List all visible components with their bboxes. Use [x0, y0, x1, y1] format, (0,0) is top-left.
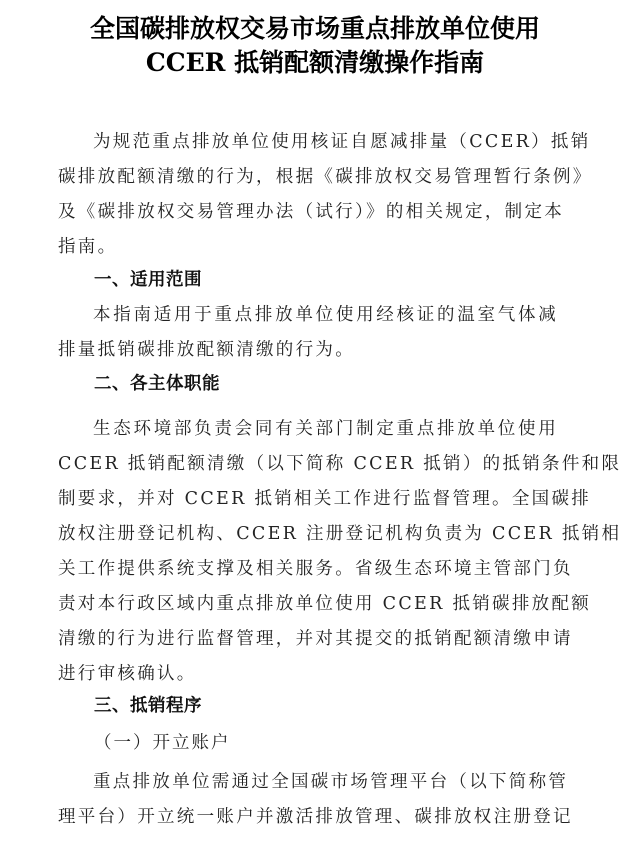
intro-line: 碳排放配额清缴的行为，根据《碳排放权交易管理暂行条例》 [58, 165, 558, 189]
paragraph-line: 排量抵销碳排放配额清缴的行为。 [58, 338, 558, 362]
intro-line: 为规范重点排放单位使用核证自愿减排量（CCER）抵销 [93, 130, 558, 154]
section-heading-scope: 一、适用范围 [94, 268, 202, 292]
intro-line: 指南。 [58, 235, 558, 259]
section-heading-procedure: 三、抵销程序 [94, 694, 202, 718]
paragraph-line: 本指南适用于重点排放单位使用经核证的温室气体减 [93, 303, 558, 327]
intro-line: 及《碳排放权交易管理办法（试行）》的相关规定，制定本 [58, 200, 558, 224]
paragraph-line: 关工作提供系统支撑及相关服务。省级生态环境主管部门负 [58, 557, 558, 581]
paragraph-line: 放权注册登记机构、CCER 注册登记机构负责为 CCER 抵销相 [58, 522, 558, 546]
section-heading-responsibilities: 二、各主体职能 [94, 372, 220, 396]
paragraph-line: 制要求，并对 CCER 抵销相关工作进行监督管理。全国碳排 [58, 487, 558, 511]
paragraph-line: 进行审核确认。 [58, 662, 558, 686]
paragraph-line: 重点排放单位需通过全国碳市场管理平台（以下简称管 [93, 770, 558, 794]
document-title-line1: 全国碳排放权交易市场重点排放单位使用 [0, 12, 630, 46]
paragraph-line: 生态环境部负责会同有关部门制定重点排放单位使用 [93, 417, 558, 441]
paragraph-line: 理平台）开立统一账户并激活排放管理、碳排放权注册登记 [58, 805, 558, 829]
paragraph-line: 责对本行政区域内重点排放单位使用 CCER 抵销碳排放配额 [58, 592, 558, 616]
paragraph-line: 清缴的行为进行监督管理，并对其提交的抵销配额清缴申请 [58, 627, 558, 651]
paragraph-line: CCER 抵销配额清缴（以下简称 CCER 抵销）的抵销条件和限 [58, 452, 558, 476]
subsection-heading-open-account: （一）开立账户 [94, 731, 231, 755]
document-title-line2: CCER 抵销配额清缴操作指南 [0, 46, 630, 80]
